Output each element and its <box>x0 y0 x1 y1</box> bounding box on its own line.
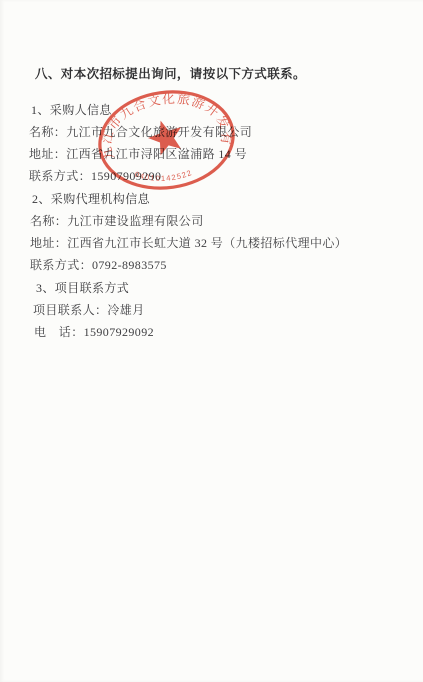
purchaser-info-title: 1、采购人信息 <box>31 101 112 118</box>
section-heading: 八、对本次招标提出询问，请按以下方式联系。 <box>35 64 306 82</box>
purchaser-address: 地址：江西省九江市浔阳区湓浦路 14 号 <box>29 145 247 162</box>
agency-contact: 联系方式：0792-8983575 <box>30 256 167 273</box>
agency-name: 名称：九江市建设监理有限公司 <box>30 212 204 229</box>
purchaser-name: 名称：九江市九合文化旅游开发有限公司 <box>29 123 252 140</box>
agency-address: 地址：江西省九江市长虹大道 32 号（九楼招标代理中心） <box>30 234 347 251</box>
document-page: 八、对本次招标提出询问，请按以下方式联系。 1、采购人信息 名称：九江市九合文化… <box>0 0 423 682</box>
project-contact-title: 3、项目联系方式 <box>36 279 129 296</box>
purchaser-contact: 联系方式：15907909290 <box>29 167 161 184</box>
agency-info-title: 2、采购代理机构信息 <box>32 190 150 207</box>
project-contact-phone: 电 话：15907929092 <box>34 323 154 340</box>
project-contact-person: 项目联系人：冷雄月 <box>33 301 145 318</box>
